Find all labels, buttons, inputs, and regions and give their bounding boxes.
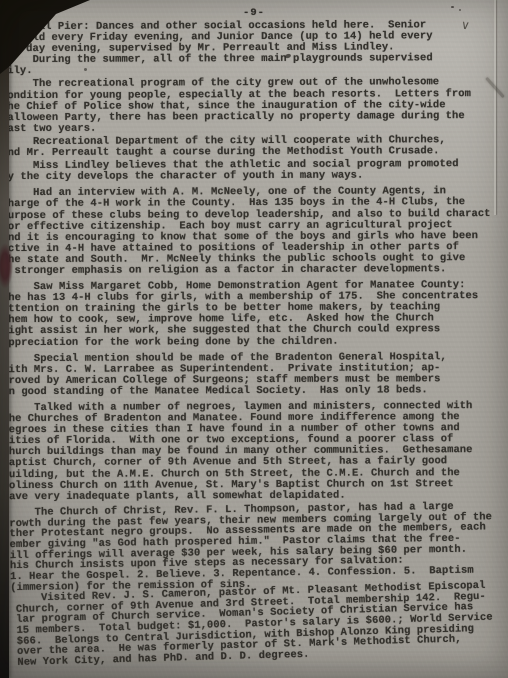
paragraph: Miss Lindley believes that the athletic … — [8, 159, 508, 183]
paragraph: The recreational program of the city gre… — [7, 77, 507, 135]
paragraph: Had an interview with A. M. McNeely, one… — [8, 186, 508, 277]
paragraph: Talked with a number of negroes, laymen … — [9, 401, 508, 503]
text-line: nd Mr. Perreault taught a course during … — [8, 146, 508, 159]
page-number: -9- — [0, 7, 508, 19]
paragraph: Saw Miss Margaret Cobb, Home Demonstrati… — [8, 280, 508, 349]
ink-speck — [459, 9, 461, 11]
text-body: emorial Pier: Dances and other social oc… — [7, 20, 508, 669]
paragraph: emorial Pier: Dances and other social oc… — [7, 20, 507, 78]
text-line: stronger emphasis on religion as a facto… — [8, 264, 508, 277]
text-line: ast two years. — [7, 122, 507, 135]
ink-speck — [84, 68, 87, 71]
paragraph: Visited Rev. J. S. Cameron, pastor of Mt… — [15, 580, 508, 669]
scan-edge-strip — [0, 0, 9, 678]
text-line: y the city develops the character of you… — [8, 170, 508, 183]
text-line: ppreciation for the work being done by t… — [8, 335, 508, 348]
ink-speck — [451, 6, 454, 8]
scanned-page: -9- emorial Pier: Dances and other socia… — [0, 0, 508, 678]
text-line: n good standing of the Manatee Medical S… — [9, 385, 508, 398]
paper-crease — [494, 0, 496, 215]
paragraph: The Church of Christ, Rev. F. L. Thompso… — [9, 501, 508, 593]
paragraph: Special mention should be made of the Br… — [8, 352, 508, 399]
paragraph: Recreational Department of the city will… — [8, 135, 508, 159]
